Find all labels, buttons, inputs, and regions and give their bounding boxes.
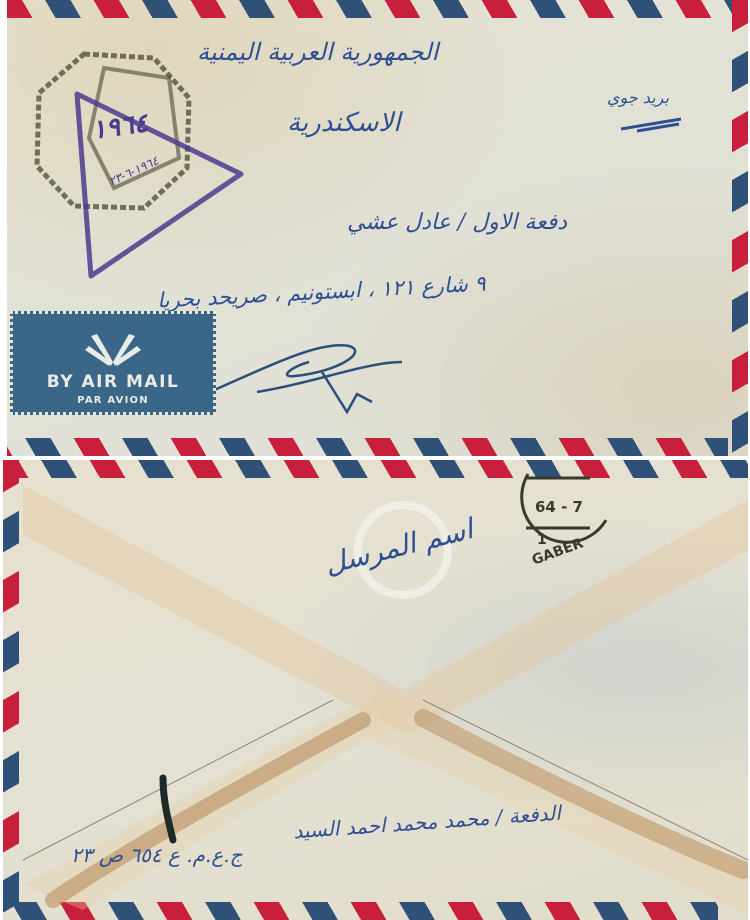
airmail-label: BY AIR MAIL PAR AVION — [10, 311, 216, 415]
airmail-label-title: BY AIR MAIL — [13, 372, 213, 392]
wings-icon — [83, 324, 143, 368]
airmail-label-subtitle: PAR AVION — [13, 395, 213, 406]
envelope-back: 64 - 7 1 GABER اسم المرسل الدفعة / محمد … — [3, 460, 748, 920]
airmail-border-right — [732, 0, 748, 456]
airmail-border-bottom — [7, 438, 728, 456]
address-line-1: الجمهورية العربية اليمنية — [197, 38, 438, 66]
signature-scribble-icon — [197, 332, 407, 422]
airmail-note: بريد جوي — [607, 88, 669, 107]
postmark-date: 64 - 7 — [535, 498, 583, 516]
underline-stroke — [617, 115, 687, 135]
address-line-3: دفعة الاول / عادل عشي — [347, 210, 567, 235]
address-line-2: الاسكندرية — [287, 108, 400, 138]
sender-line-2: ج.ع.م. ع ٦٥٤ ص ٢٣ — [71, 843, 243, 867]
airmail-border-top — [7, 0, 748, 18]
envelope-front: ١٩٦٤ ١٩٦٤-٦-٢٣ الجمهورية العربية اليمنية… — [7, 0, 748, 456]
postmark-digit: 1 — [537, 532, 547, 548]
